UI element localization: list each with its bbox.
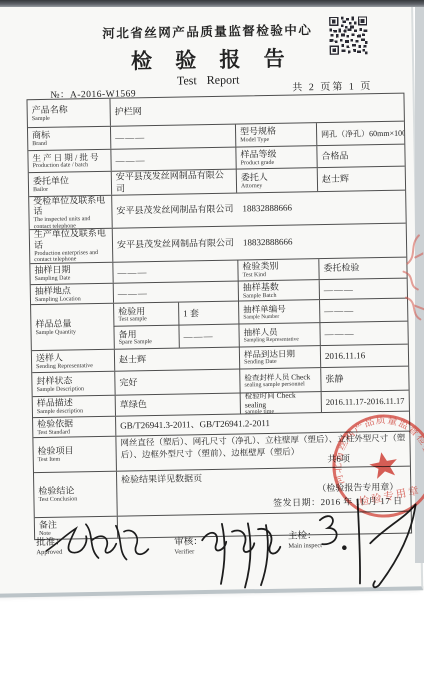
field-value-sample-name: 护栏网 [109, 94, 403, 126]
approver-signature [42, 513, 155, 571]
field-label-sending-rep: 送样人 Sending Representative [32, 350, 114, 372]
field-label-seal-state: 封样状态 Sample Description [32, 372, 114, 396]
field-value-sample-description: 草绿色 [115, 394, 240, 416]
field-value-production-date: ——— [110, 148, 235, 171]
field-value-sample-number: ——— [319, 299, 407, 323]
field-value-test-kind: 委托检验 [318, 258, 406, 280]
field-label-test-item: 检验项目 Test Item [33, 437, 116, 472]
field-label-sample-description: 样品描述 Sample description [33, 396, 115, 417]
report-content: 河北省丝网产品质量监督检验中心 检 验 报 告 Test Report №：A-… [0, 0, 424, 700]
field-label-sampling-date: 抽样日期 Sampling Date [30, 263, 112, 284]
field-label-check-time: 检验时间 Check sealing sample time [240, 392, 321, 413]
field-label-sample-quantity: 样品总量 Sample Quantity [31, 304, 114, 350]
sampling-ref-labels: 抽样单编号 Sample Number 抽样人员 Sampling Repres… [238, 300, 320, 346]
field-label-sampling-rep: 抽样人员 Sampling Representative [238, 323, 319, 347]
field-value-attorney: 赵士辉 [317, 167, 405, 192]
scanned-report-page: 河北省丝网产品质量监督检验中心 检 验 报 告 Test Report №：A-… [0, 0, 424, 700]
sample-quantity-subvalues: 1 套 ——— [178, 302, 239, 348]
seal-bottom-text: 检验专用章 [358, 484, 422, 509]
field-label-sample-number: 抽样单编号 Sample Number [238, 300, 319, 324]
field-label-inspected-unit: 受检单位及联系电话 The inspected units and contac… [29, 196, 112, 229]
field-label-test-standard: 检验依据 Test Standard [33, 417, 115, 437]
field-value-production-unit: 安平县茂发丝网制品有限公司 18832888666 [112, 224, 407, 262]
field-label-sample-name: 产品名称 Sample [27, 99, 109, 127]
edge-stamp-fragment [397, 231, 424, 331]
page-count: 共 2 页第 1 页 [292, 77, 372, 93]
field-label-production-unit: 生产单位及联系电话 Production enterprises and con… [30, 229, 113, 263]
field-value-sending-rep: 赵士辉 [114, 348, 239, 371]
seal-ring-text: 河北省丝网产品质量监督检验中心 [322, 404, 424, 499]
field-label-check-personnel: 检查封样人员 Check sealing sample personnel [239, 368, 320, 392]
qr-code-icon [329, 16, 368, 55]
field-value-sampling-date: ——— [112, 261, 237, 283]
seal-star-icon [368, 450, 400, 480]
field-label-production-date: 生 产 日 期 / 批 号 Production date / batch [28, 150, 110, 172]
field-label-sampling-location: 抽样地点 Sampling Location [31, 284, 113, 304]
field-label-test-kind: 检验类别 Test Kind [237, 259, 318, 280]
field-value-inspected-unit: 安平县茂发丝网制品有限公司 18832888666 [111, 191, 406, 228]
field-label-sending-date: 样品到达日期 Sending Date [239, 346, 320, 368]
field-label-grade: 样品等级 Product grade [235, 146, 316, 168]
sample-quantity-sublabels: 检验用 Test sample 备用 Spare Sample [113, 303, 179, 349]
field-value-bailor: 安平县茂发丝网制品有限公司 [111, 170, 236, 195]
field-label-attorney: 委托人 Attorney [236, 168, 317, 192]
row-production-unit: 生产单位及联系电话 Production enterprises and con… [30, 223, 407, 264]
sampling-ref-values: ——— ——— [319, 299, 408, 346]
scan-top-edge [0, 0, 424, 7]
field-value-brand: ——— [110, 125, 235, 149]
field-value-check-personnel: 张静 [320, 367, 408, 392]
row-inspected-unit: 受检单位及联系电话 The inspected units and contac… [29, 190, 406, 230]
field-value-sampling-rep: ——— [319, 321, 407, 345]
field-value-test-sample: 1 套 [178, 302, 238, 326]
field-value-sample-batch: ——— [319, 279, 407, 300]
official-seal-stamp: 河北省丝网产品质量监督检验中心 检验专用章 [322, 404, 424, 528]
field-label-brand: 商标 Brand [28, 127, 110, 150]
field-label-spare-sample: 备用 Spare Sample [113, 325, 178, 349]
field-value-sampling-location: ——— [113, 282, 238, 303]
field-label-test-sample: 检验用 Test sample [113, 303, 178, 327]
field-label-model: 型号规格 Model Type [235, 123, 316, 146]
field-label-test-conclusion: 检验结论 Test Conclusion [34, 472, 117, 517]
svg-text:河北省丝网产品质量监督检验中心: 河北省丝网产品质量监督检验中心 [322, 404, 424, 499]
field-value-sending-date: 2016.11.16 [320, 345, 408, 368]
field-value-model: 网孔（净孔）60mm×100mm [316, 122, 404, 146]
row-sample-quantity: 样品总量 Sample Quantity 检验用 Test sample 备用 … [31, 298, 408, 351]
field-value-spare-sample: ——— [178, 324, 238, 348]
verifier-signature [196, 517, 285, 591]
field-label-bailor: 委托单位 Bailor [29, 172, 111, 196]
field-value-seal-state: 完好 [114, 370, 239, 395]
field-label-sample-batch: 抽样基数 Sample Batch [238, 280, 319, 300]
field-value-grade: 合格品 [316, 145, 404, 168]
